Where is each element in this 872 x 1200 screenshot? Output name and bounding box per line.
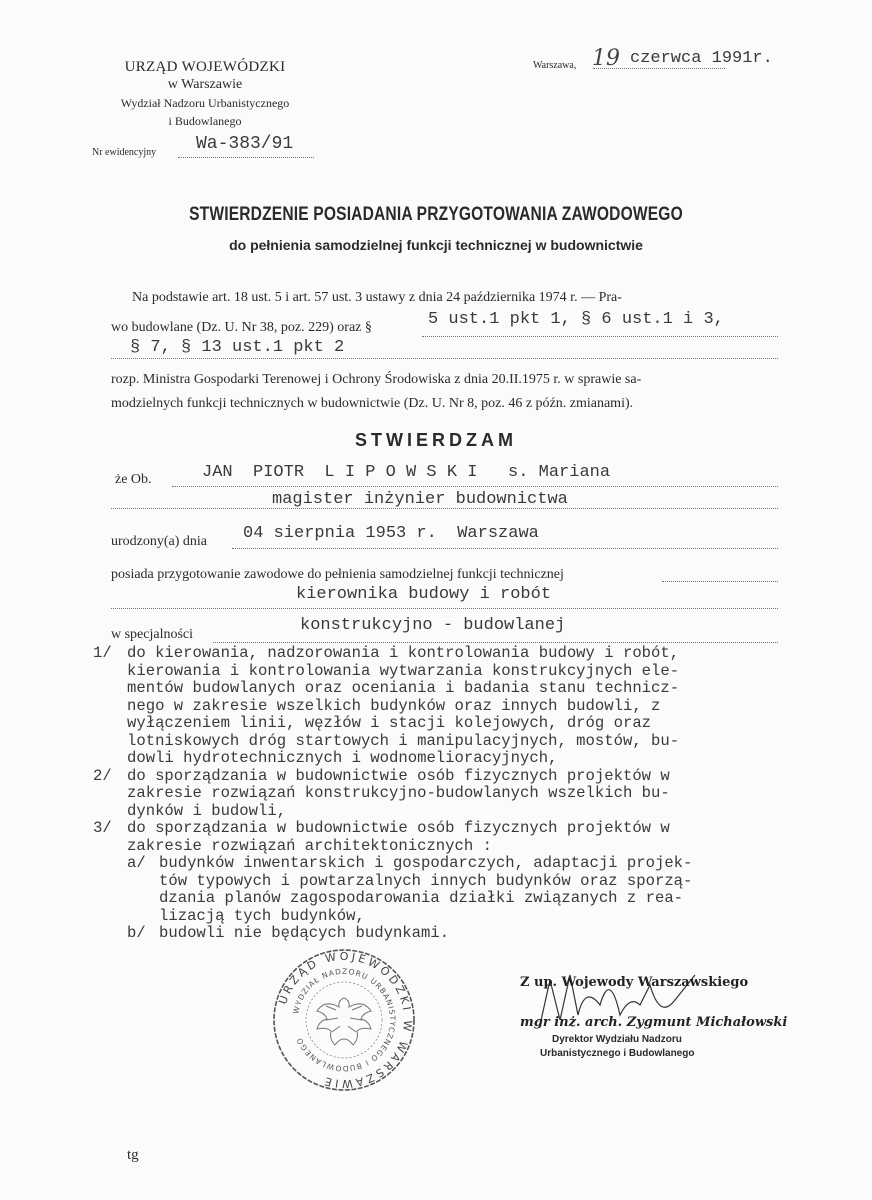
scope-item-number: 1/	[93, 645, 112, 663]
document-subtitle: do pełnienia samodzielnej funkcji techni…	[0, 237, 872, 253]
office-city: w Warszawie	[80, 76, 330, 94]
legal-basis-paragraphs-cont: § 7, § 13 ust.1 pkt 2	[130, 338, 344, 357]
scope-item: 1/do kierowania, nadzorowania i kontrolo…	[93, 645, 692, 768]
scope-subitem-line: dzania planów zagospodarowania działki z…	[159, 890, 692, 908]
scope-subitem-line: tów typowych i powtarzalnych innych budy…	[159, 873, 692, 891]
scope-item-line: wyłączeniem linii, węzłów i stacji kolej…	[127, 715, 692, 733]
legal-basis-paragraphs: 5 ust.1 pkt 1, § 6 ust.1 i 3,	[428, 310, 724, 329]
office-department-cont: i Budowlanego	[80, 112, 330, 130]
scope-subitem-line: budowli nie będących budynkami.	[159, 925, 692, 943]
scope-subitem-number: b/	[127, 925, 146, 943]
scope-subitem: a/budynków inwentarskich i gospodarczych…	[127, 855, 692, 925]
scope-subitem-number: a/	[127, 855, 146, 873]
specialty-label: w specjalności	[111, 627, 193, 643]
scope-item-line: nego w zakresie wszelkich budynków oraz …	[127, 698, 692, 716]
registry-number-value: Wa-383/91	[196, 134, 293, 154]
scope-subitem-line: lizacją tych budynków,	[159, 908, 692, 926]
place-label: Warszawa,	[533, 60, 576, 71]
scope-item-line: do kierowania, nadzorowania i kontrolowa…	[127, 645, 692, 663]
function-value: kierownika budowy i robót	[296, 585, 551, 604]
signature-authority: Z up. Wojewody Warszawskiego	[520, 975, 748, 990]
qualification-label: posiada przygotowanie zawodowe do pełnie…	[111, 567, 564, 583]
scope-item-line: dowli hydrotechnicznych i wodnomelioracy…	[127, 750, 692, 768]
qualification-line	[662, 565, 778, 582]
legal-basis-line-5: modzielnych funkcji technicznych w budow…	[111, 396, 633, 412]
scope-item-line: do sporządzania w budownictwie osób fizy…	[127, 768, 692, 786]
scope-item-number: 3/	[93, 820, 112, 838]
scope-subitem-line: budynków inwentarskich i gospodarczych, …	[159, 855, 692, 873]
scope-subitem: b/budowli nie będących budynkami.	[127, 925, 692, 943]
scope-item-number: 2/	[93, 768, 112, 786]
legal-basis-line-1: Na podstawie art. 18 ust. 5 i art. 57 us…	[132, 290, 622, 306]
office-name: URZĄD WOJEWÓDZKI	[80, 58, 330, 76]
date-day-handwritten: 19	[592, 46, 620, 71]
scope-item: 2/do sporządzania w budownictwie osób fi…	[93, 768, 692, 821]
signatory-title: Dyrektor Wydziału Nadzoru	[552, 1034, 682, 1045]
scope-item-line: lotniskowych dróg startowych i manipulac…	[127, 733, 692, 751]
stamp-inner-text: WYDZIAŁ NADZORU URBANISTYCZNEGO I BUDOWL…	[291, 967, 397, 1073]
scope-item-line: dynków i budowli,	[127, 803, 692, 821]
signatory-department: Urbanistycznego i Budowlanego	[540, 1048, 694, 1059]
scope-item-line: zakresie rozwiązań architektonicznych :	[127, 838, 692, 856]
scope-item-line: zakresie rozwiązań konstrukcyjno-budowla…	[127, 785, 692, 803]
declaration-heading: STWIERDZAM	[0, 430, 872, 451]
legal-basis-line-4: rozp. Ministra Gospodarki Terenowej i Oc…	[111, 372, 641, 388]
scope-item-line: do sporządzania w budownictwie osób fizy…	[127, 820, 692, 838]
scope-list: 1/do kierowania, nadzorowania i kontrolo…	[93, 645, 692, 943]
scope-item-line: kierowania i kontrolowania wytwarzania k…	[127, 663, 692, 681]
birth-value: 04 sierpnia 1953 r. Warszawa	[243, 524, 539, 543]
registry-number-label: Nr ewidencyjny	[92, 147, 156, 158]
citizen-name: JAN PIOTR L I P O W S K I s. Mariana	[202, 463, 610, 482]
citizen-label: że Ob.	[115, 472, 152, 488]
document-title: STWIERDZENIE POSIADANIA PRZYGOTOWANIA ZA…	[78, 204, 793, 226]
legal-basis-line-2: wo budowlane (Dz. U. Nr 38, poz. 229) or…	[111, 320, 372, 336]
issuing-office: URZĄD WOJEWÓDZKI w Warszawie Wydział Nad…	[80, 58, 330, 130]
date-value: czerwca 1991r.	[630, 49, 773, 68]
signatory-name: mgr inż. arch. Zygmunt Michałowski	[520, 1015, 787, 1030]
typist-initials: tg	[127, 1147, 139, 1164]
scope-item-line: mentów budowlanych oraz oceniania i bada…	[127, 680, 692, 698]
degree-value: magister inżynier budownictwa	[272, 490, 568, 509]
office-department: Wydział Nadzoru Urbanistycznego	[80, 94, 330, 112]
scope-item: 3/do sporządzania w budownictwie osób fi…	[93, 820, 692, 943]
eagle-emblem-icon	[317, 998, 371, 1045]
birth-label: urodzony(a) dnia	[111, 534, 207, 550]
specialty-value: konstrukcyjno - budowlanej	[300, 616, 565, 635]
official-stamp: URZĄD WOJEWÓDZKI W WARSZAWIE WYDZIAŁ NAD…	[270, 946, 418, 1094]
svg-text:WYDZIAŁ NADZORU URBANISTYCZNEG: WYDZIAŁ NADZORU URBANISTYCZNEGO I BUDOWL…	[291, 967, 397, 1073]
